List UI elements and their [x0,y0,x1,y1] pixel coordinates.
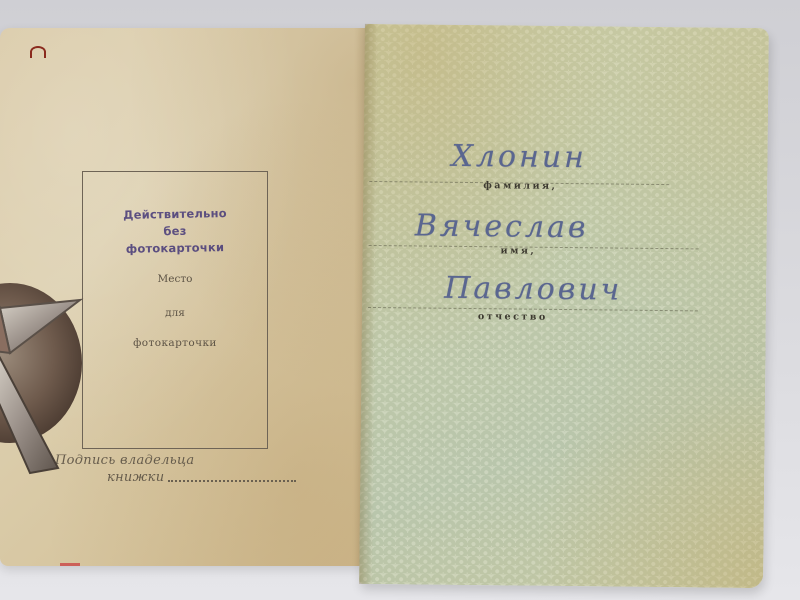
photo-label-line-1: Место [83,273,267,285]
patronymic-handwritten: Павлович [444,271,622,308]
photo-label-line-3: фотокарточки [83,337,267,349]
given-name-label: имя, [501,245,537,256]
given-name-handwritten: Вячеслав [415,208,589,245]
document-photo: Действительно без фотокарточки Место для… [0,0,800,600]
photo-label-line-2: для [83,307,267,319]
photo-placeholder-box: Действительно без фотокарточки Место для… [82,171,268,449]
validity-stamp: Действительно без фотокарточки [83,206,267,257]
surname-handwritten: Хлонин [451,139,587,175]
patronymic-label: отчество [478,311,548,323]
binding-thread [30,46,46,58]
signature-line [168,480,296,482]
signature-label-line-2: книжки [107,470,164,485]
stamp-line-3: фотокарточки [83,238,267,258]
right-page: Хлонин фамилия, Вячеслав имя, Павлович о… [359,24,769,588]
surname-label: фамилия, [483,180,557,192]
red-star-medal [0,268,90,478]
red-edge-mark [60,563,80,566]
